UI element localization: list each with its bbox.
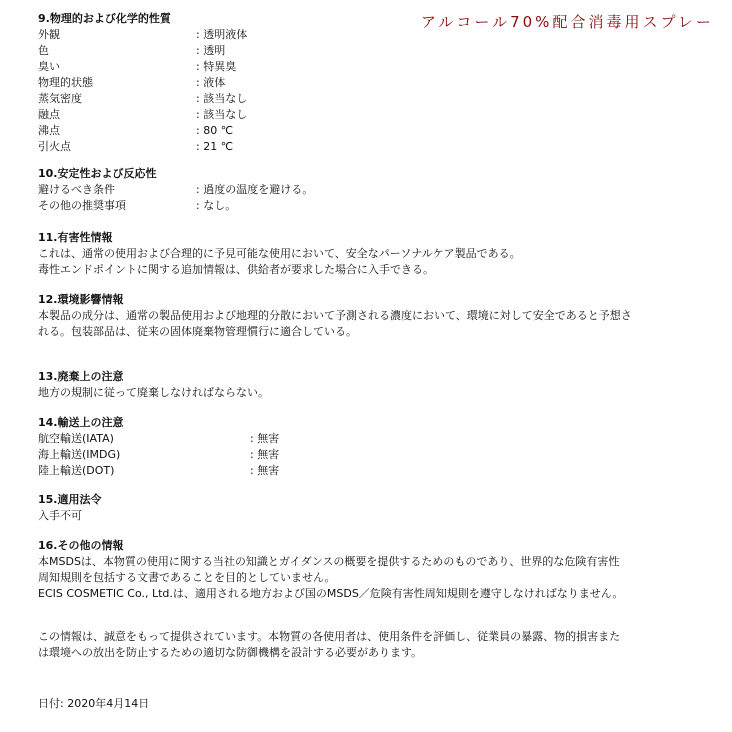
property-row: 臭い: 特異臭 xyxy=(38,59,678,75)
property-row: 色: 透明 xyxy=(38,43,678,59)
document-date: 日付: 2020年4月14日 xyxy=(38,696,678,712)
section-other-info: 16.その他の情報 本MSDSは、本物質の使用に関する当社の知識とガイダンスの概… xyxy=(38,538,678,602)
section-ecological-info: 12.環境影響情報 本製品の成分は、通常の製品使用および地理的分散において予測さ… xyxy=(38,292,678,340)
section-toxicological-info: 11.有害性情報 これは、通常の使用および合理的に予見可能な使用において、安全な… xyxy=(38,230,678,278)
property-row: 物理的状態: 液体 xyxy=(38,75,678,91)
property-value: : なし。 xyxy=(196,198,236,214)
property-value: : 該当なし xyxy=(196,91,247,107)
property-label: 融点 xyxy=(38,107,196,123)
section-heading: 16.その他の情報 xyxy=(38,538,678,554)
section-heading: 15.適用法令 xyxy=(38,492,678,508)
paragraph-line: 周知規則を包括する文書であることを目的としていません。 xyxy=(38,570,678,586)
property-value: : 透明液体 xyxy=(196,27,247,43)
paragraph-line: 本MSDSは、本物質の使用に関する当社の知識とガイダンスの概要を提供するためのも… xyxy=(38,554,678,570)
property-row: 蒸気密度: 該当なし xyxy=(38,91,678,107)
property-value: : 該当なし xyxy=(196,107,247,123)
transport-mode: 陸上輸送(DOT) xyxy=(38,463,250,479)
paragraph-line: これは、通常の使用および合理的に予見可能な使用において、安全なパーソナルケア製品… xyxy=(38,246,678,262)
property-row: その他の推奨事項: なし。 xyxy=(38,198,678,214)
disclaimer: この情報は、誠意をもって提供されています。本物質の各使用者は、使用条件を評価し、… xyxy=(38,629,678,661)
transport-mode: 海上輸送(IMDG) xyxy=(38,447,250,463)
paragraph-line: は環境への放出を防止するための適切な防御機構を設計する必要があります。 xyxy=(38,645,678,661)
transport-value: : 無害 xyxy=(250,463,279,479)
property-row: 引火点: 21 ℃ xyxy=(38,139,678,155)
section-heading: 11.有害性情報 xyxy=(38,230,678,246)
transport-value: : 無害 xyxy=(250,447,279,463)
property-value: : 特異臭 xyxy=(196,59,236,75)
property-row: 融点: 該当なし xyxy=(38,107,678,123)
paragraph-line: 地方の規制に従って廃棄しなければならない。 xyxy=(38,385,678,401)
property-row: 沸点: 80 ℃ xyxy=(38,123,678,139)
property-value: : 過度の温度を避ける。 xyxy=(196,182,313,198)
property-label: その他の推奨事項 xyxy=(38,198,196,214)
property-value: : 液体 xyxy=(196,75,225,91)
transport-row: 航空輸送(IATA): 無害 xyxy=(38,431,678,447)
property-label: 蒸気密度 xyxy=(38,91,196,107)
property-row: 外観: 透明液体 xyxy=(38,27,678,43)
date-text: 日付: 2020年4月14日 xyxy=(38,696,678,712)
paragraph-line: 本製品の成分は、通常の製品使用および地理的分散において予測される濃度において、環… xyxy=(38,308,678,324)
paragraph-line: 毒性エンドポイントに関する追加情報は、供給者が要求した場合に入手できる。 xyxy=(38,262,678,278)
property-row: 避けるべき条件: 過度の温度を避ける。 xyxy=(38,182,678,198)
transport-value: : 無害 xyxy=(250,431,279,447)
section-heading: 12.環境影響情報 xyxy=(38,292,678,308)
property-label: 色 xyxy=(38,43,196,59)
section-transport: 14.輸送上の注意 航空輸送(IATA): 無害 海上輸送(IMDG): 無害 … xyxy=(38,415,678,479)
property-label: 沸点 xyxy=(38,123,196,139)
section-regulatory: 15.適用法令 入手不可 xyxy=(38,492,678,524)
property-label: 避けるべき条件 xyxy=(38,182,196,198)
section-heading: 13.廃棄上の注意 xyxy=(38,369,678,385)
section-heading: 10.安定性および反応性 xyxy=(38,166,678,182)
transport-row: 海上輸送(IMDG): 無害 xyxy=(38,447,678,463)
paragraph-line: ECIS COSMETIC Co., Ltd.は、適用される地方および国のMSD… xyxy=(38,586,678,602)
transport-row: 陸上輸送(DOT): 無害 xyxy=(38,463,678,479)
paragraph-line: 入手不可 xyxy=(38,508,678,524)
property-value: : 21 ℃ xyxy=(196,139,233,155)
section-heading: 14.輸送上の注意 xyxy=(38,415,678,431)
property-label: 臭い xyxy=(38,59,196,75)
paragraph-line: この情報は、誠意をもって提供されています。本物質の各使用者は、使用条件を評価し、… xyxy=(38,629,678,645)
paragraph-line: れる。包装部品は、従来の固体廃棄物管理慣行に適合している。 xyxy=(38,324,678,340)
section-heading: 9.物理的および化学的性質 xyxy=(38,11,678,27)
property-label: 外観 xyxy=(38,27,196,43)
property-label: 引火点 xyxy=(38,139,196,155)
transport-mode: 航空輸送(IATA) xyxy=(38,431,250,447)
property-value: : 透明 xyxy=(196,43,225,59)
section-disposal: 13.廃棄上の注意 地方の規制に従って廃棄しなければならない。 xyxy=(38,369,678,401)
property-value: : 80 ℃ xyxy=(196,123,233,139)
property-label: 物理的状態 xyxy=(38,75,196,91)
section-stability-reactivity: 10.安定性および反応性 避けるべき条件: 過度の温度を避ける。 その他の推奨事… xyxy=(38,166,678,214)
section-physical-chemical-properties: 9.物理的および化学的性質 外観: 透明液体 色: 透明 臭い: 特異臭 物理的… xyxy=(38,11,678,155)
